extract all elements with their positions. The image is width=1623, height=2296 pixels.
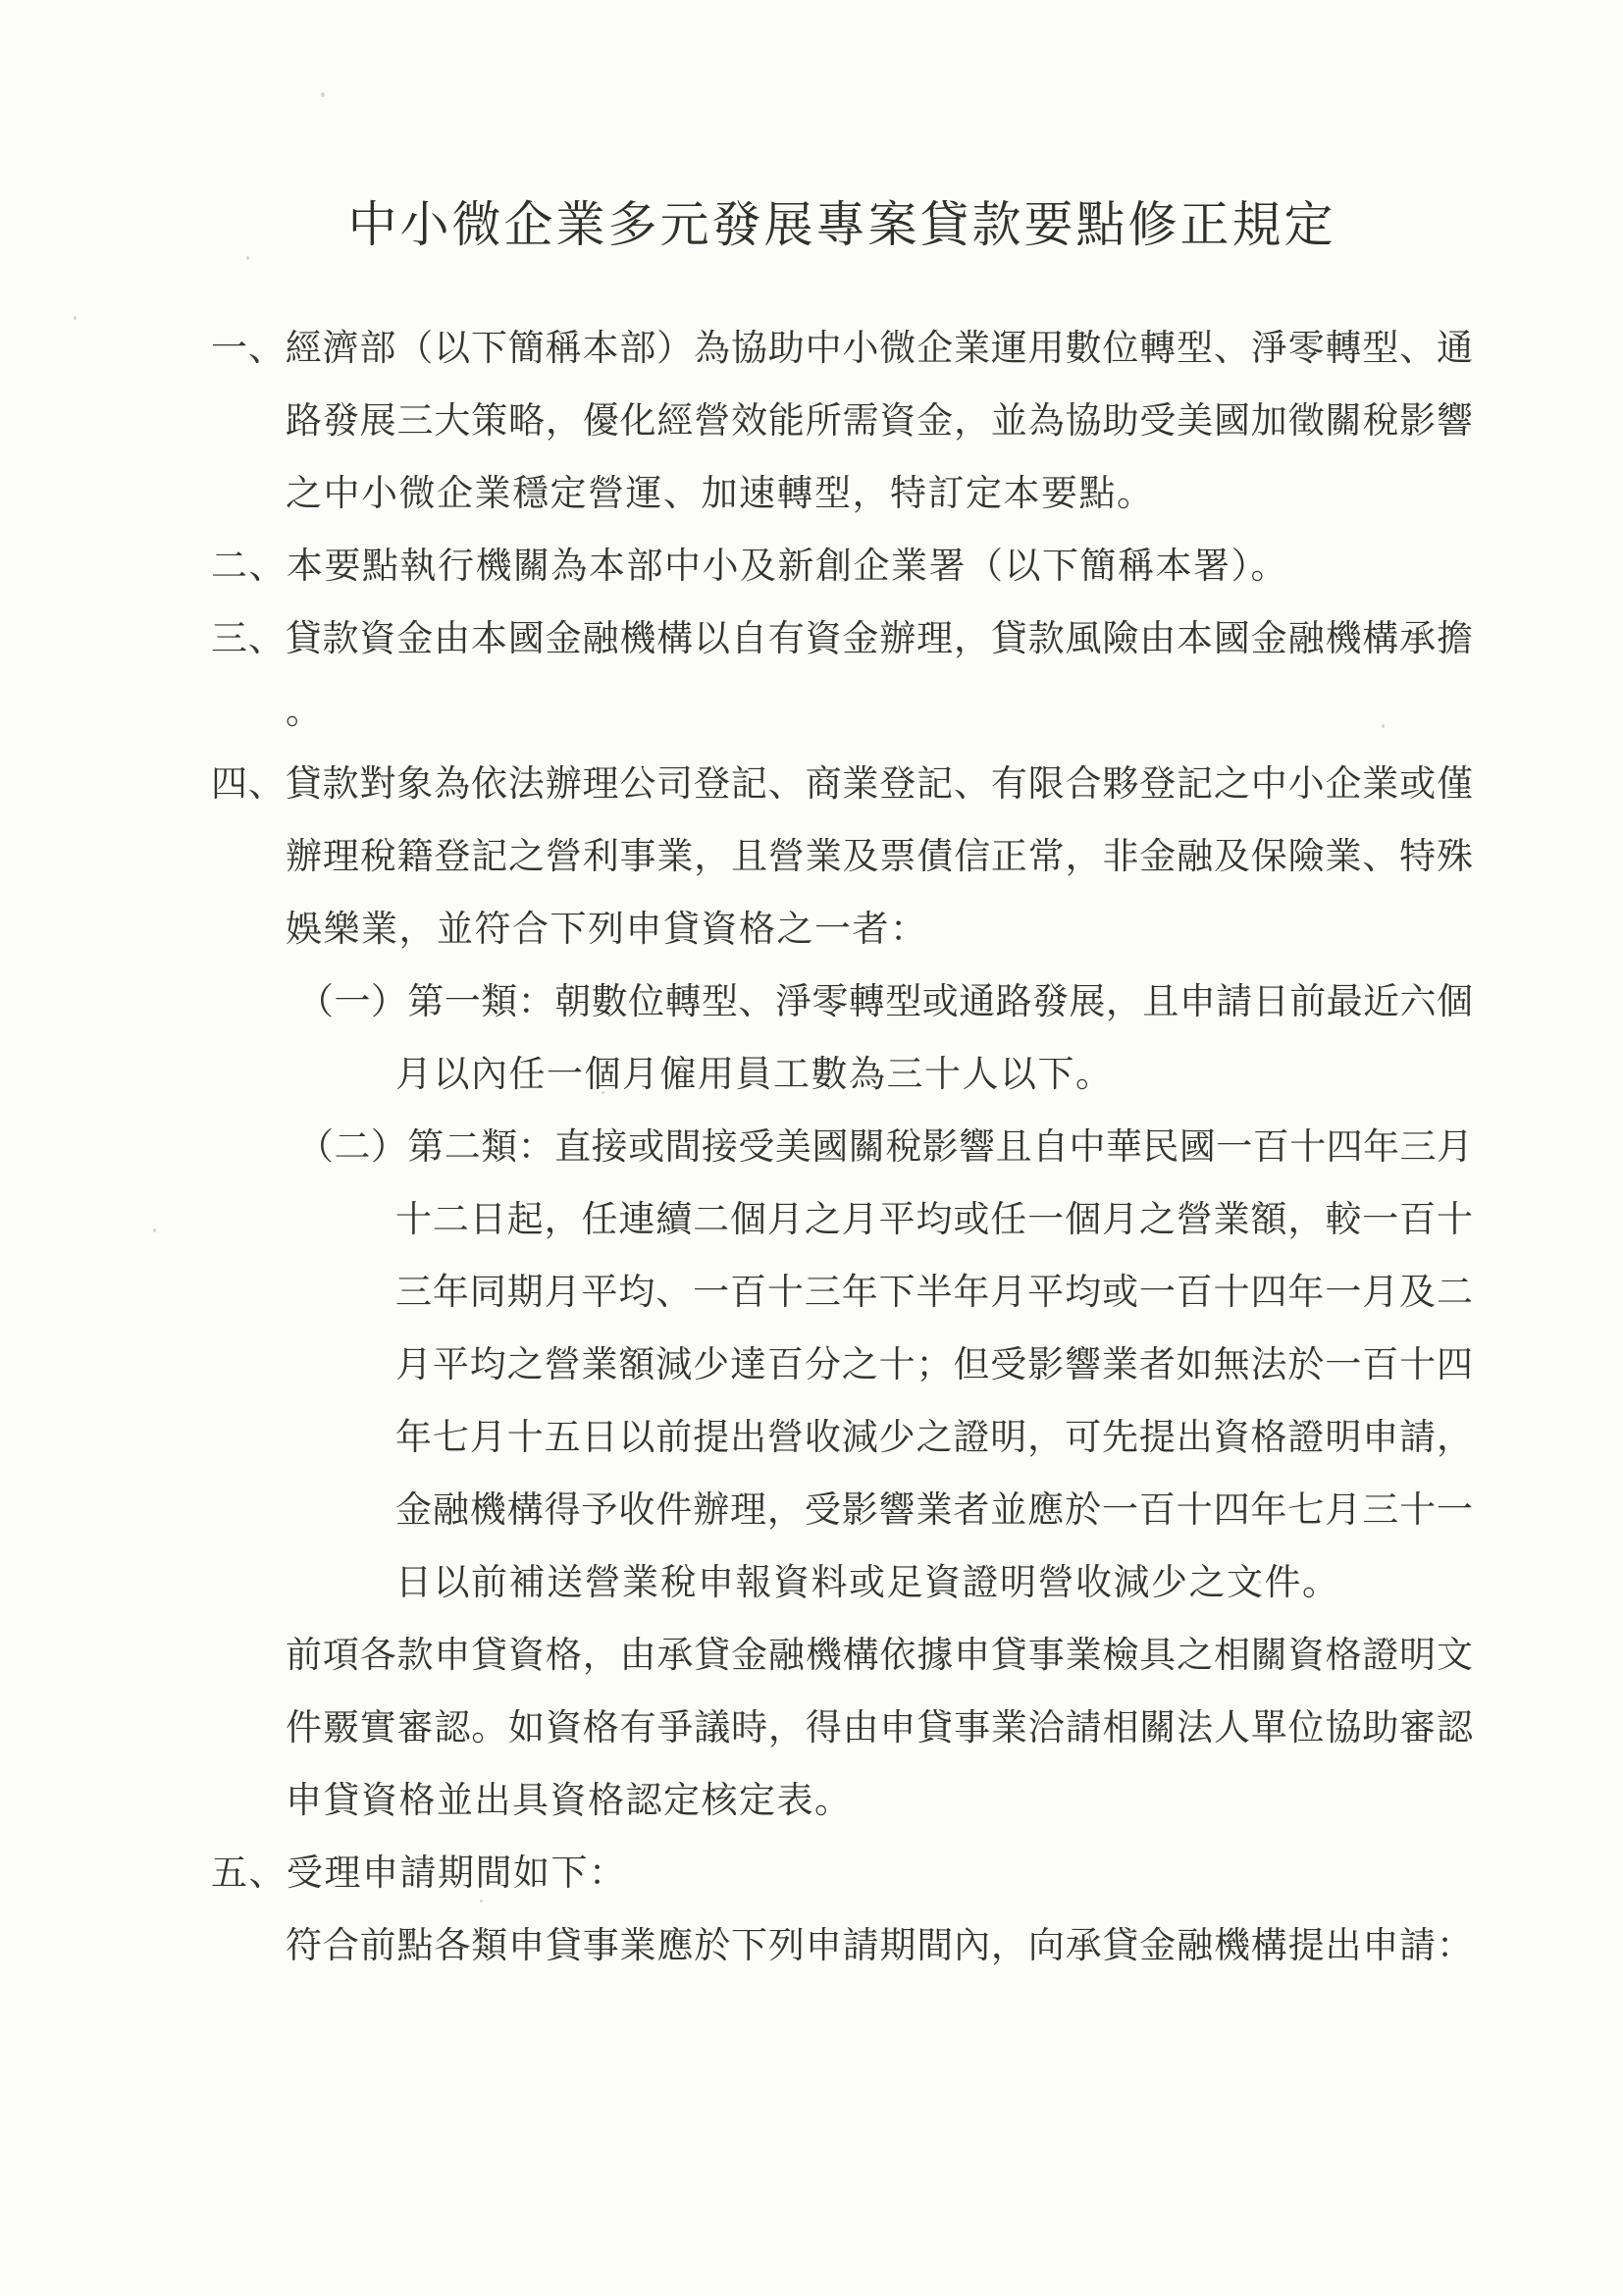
scan-speck xyxy=(1382,724,1385,728)
doc-line-05: 三、貸款資金由本國金融機構以自有資金辦理，貸款風險由本國金融機構承擔 xyxy=(211,602,1473,675)
doc-line-02: 路發展三大策略，優化經營效能所需資金，並為協助受美國加徵關稅影響 xyxy=(211,385,1473,457)
scan-speck xyxy=(321,92,325,97)
doc-line-11: 月以內任一個月僱用員工數為三十人以下。 xyxy=(211,1038,1473,1111)
doc-line-07: 四、貸款對象為依法辦理公司登記、商業登記、有限合夥登記之中小企業或僅 xyxy=(211,748,1473,820)
doc-line-21: 申貸資格並出具資格認定核定表。 xyxy=(211,1764,1473,1837)
doc-line-12: （二）第二類：直接或間接受美國關稅影響且自中華民國一百十四年三月 xyxy=(211,1111,1473,1183)
document-title: 中小微企業多元發展專案貸款要點修正規定 xyxy=(211,194,1473,255)
doc-line-16: 年七月十五日以前提出營收減少之證明，可先提出資格證明申請， xyxy=(211,1401,1473,1474)
doc-line-22: 五、受理申請期間如下： xyxy=(211,1837,1473,1909)
doc-line-23: 符合前點各類申貸事業應於下列申請期間內，向承貸金融機構提出申請： xyxy=(211,1909,1473,1982)
doc-line-03: 之中小微企業穩定營運、加速轉型，特訂定本要點。 xyxy=(211,457,1473,530)
doc-line-18: 日以前補送營業稅申報資料或足資證明營收減少之文件。 xyxy=(211,1546,1473,1619)
doc-line-15: 月平均之營業額減少達百分之十；但受影響業者如無法於一百十四 xyxy=(211,1329,1473,1401)
doc-line-08: 辦理稅籍登記之營利事業，且營業及票債信正常，非金融及保險業、特殊 xyxy=(211,820,1473,893)
scan-speck xyxy=(480,1900,483,1903)
doc-line-01: 一、經濟部（以下簡稱本部）為協助中小微企業運用數位轉型、淨零轉型、通 xyxy=(211,312,1473,385)
scan-speck xyxy=(246,256,249,260)
doc-line-09: 娛樂業，並符合下列申貸資格之一者： xyxy=(211,893,1473,965)
document-body: 一、經濟部（以下簡稱本部）為協助中小微企業運用數位轉型、淨零轉型、通 路發展三大… xyxy=(211,312,1473,1982)
scan-speck xyxy=(74,316,77,320)
doc-line-04: 二、本要點執行機關為本部中小及新創企業署（以下簡稱本署）。 xyxy=(211,530,1473,602)
doc-line-20: 件覈實審認。如資格有爭議時，得由申貸事業洽請相關法人單位協助審認 xyxy=(211,1692,1473,1764)
scanned-document-page: 中小微企業多元發展專案貸款要點修正規定 一、經濟部（以下簡稱本部）為協助中小微企… xyxy=(0,0,1623,2296)
scan-speck xyxy=(602,1091,604,1094)
scan-speck xyxy=(1258,1581,1261,1584)
doc-line-13: 十二日起，任連續二個月之月平均或任一個月之營業額，較一百十 xyxy=(211,1183,1473,1256)
scan-speck xyxy=(153,1228,156,1232)
doc-line-17: 金融機構得予收件辦理，受影響業者並應於一百十四年七月三十一 xyxy=(211,1474,1473,1546)
doc-line-06: 。 xyxy=(211,675,1473,748)
doc-line-14: 三年同期月平均、一百十三年下半年月平均或一百十四年一月及二 xyxy=(211,1256,1473,1329)
doc-line-10: （一）第一類：朝數位轉型、淨零轉型或通路發展，且申請日前最近六個 xyxy=(211,965,1473,1038)
doc-line-19: 前項各款申貸資格，由承貸金融機構依據申貸事業檢具之相關資格證明文 xyxy=(211,1619,1473,1692)
